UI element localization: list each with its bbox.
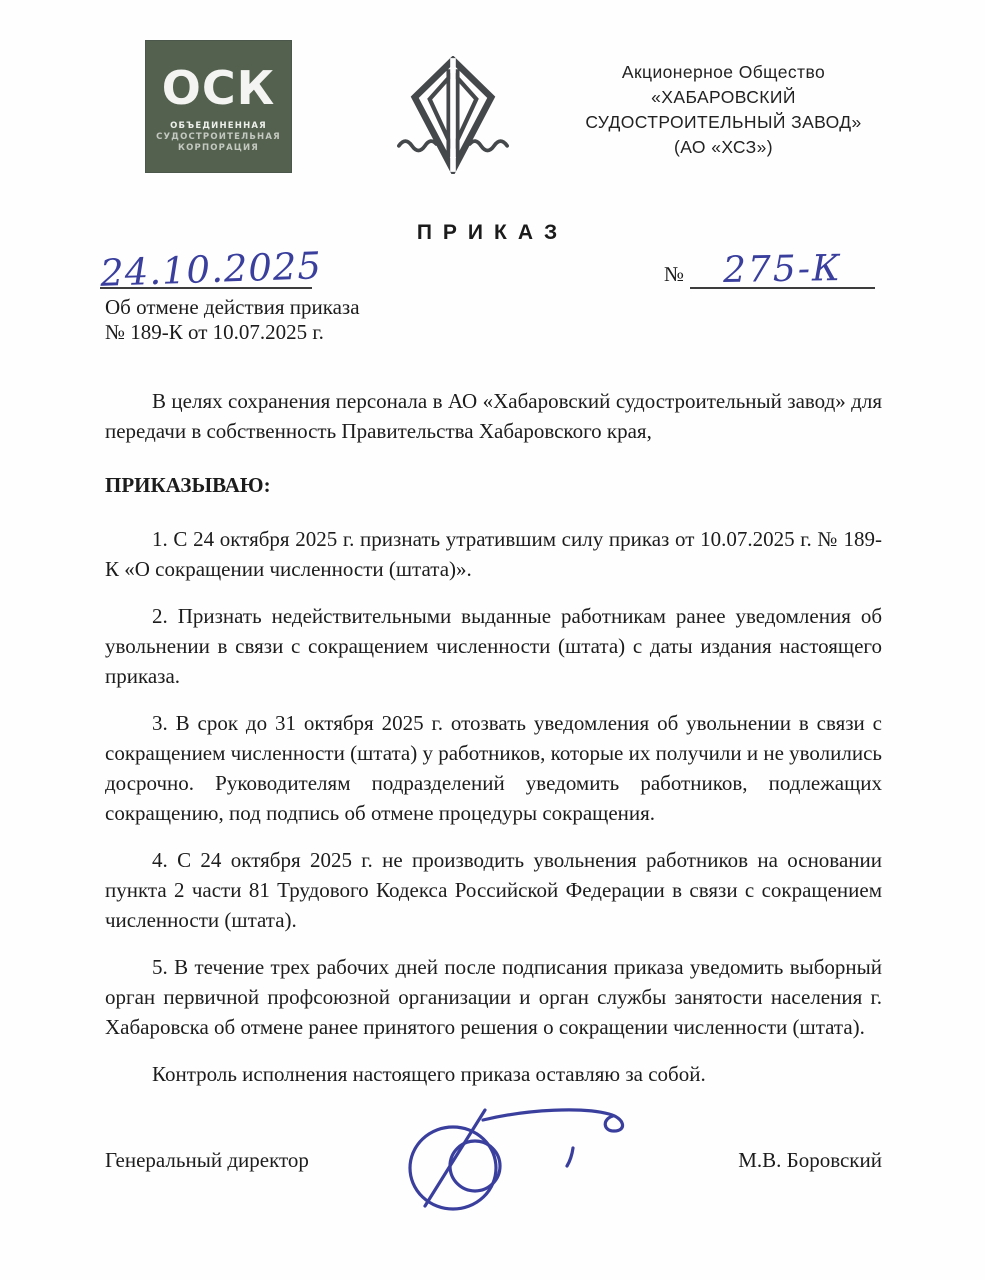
control-line: Контроль исполнения настоящего приказа о…	[105, 1059, 882, 1089]
osk-logo-text: ОСК	[162, 65, 275, 111]
osk-subtitle-line3: КОРПОРАЦИЯ	[156, 143, 281, 154]
subject-line1: Об отмене действия приказа	[105, 295, 880, 320]
order-item-1: 1. С 24 октября 2025 г. признать утратив…	[105, 524, 882, 584]
signatory-position: Генеральный директор	[105, 1148, 309, 1173]
signature-ink	[401, 1106, 646, 1214]
date-number-row: 24.10.2025 № 275-К	[100, 247, 875, 289]
order-subject: Об отмене действия приказа № 189-К от 10…	[105, 295, 880, 345]
directive-word: ПРИКАЗЫВАЮ:	[105, 470, 882, 500]
order-title: ПРИКАЗ	[0, 221, 985, 245]
company-line4: (АО «ХСЗ»)	[517, 135, 930, 160]
signature-block: Генеральный директор М.В. Боровский	[105, 1106, 882, 1214]
company-line2: «ХАБАРОВСКИЙ	[517, 85, 930, 110]
osk-logo-subtitle: ОБЪЕДИНЕННАЯ СУДОСТРОИТЕЛЬНАЯ КОРПОРАЦИЯ	[156, 121, 281, 154]
order-item-3: 3. В срок до 31 октября 2025 г. отозвать…	[105, 708, 882, 828]
osk-subtitle-line2: СУДОСТРОИТЕЛЬНАЯ	[156, 132, 281, 143]
company-name-block: Акционерное Общество «ХАБАРОВСКИЙ СУДОСТ…	[517, 60, 930, 160]
preamble: В целях сохранения персонала в АО «Хабар…	[105, 386, 882, 446]
osk-subtitle-line1: ОБЪЕДИНЕННАЯ	[156, 121, 281, 132]
order-number-line: 275-К	[690, 247, 875, 289]
company-line1: Акционерное Общество	[517, 60, 930, 85]
shipyard-emblem-icon	[397, 56, 509, 179]
order-date-field: 24.10.2025	[100, 247, 312, 289]
order-item-2: 2. Признать недействительными выданные р…	[105, 601, 882, 691]
document-page: ОСК ОБЪЕДИНЕННАЯ СУДОСТРОИТЕЛЬНАЯ КОРПОР…	[0, 0, 985, 1280]
subject-line2: № 189-К от 10.07.2025 г.	[105, 320, 880, 345]
order-item-4: 4. С 24 октября 2025 г. не производить у…	[105, 845, 882, 935]
handwritten-date: 24.10.2025	[99, 246, 322, 294]
number-sign: №	[664, 259, 684, 289]
order-number-field: № 275-К	[664, 247, 875, 289]
letterhead: ОСК ОБЪЕДИНЕННАЯ СУДОСТРОИТЕЛЬНАЯ КОРПОР…	[0, 0, 985, 179]
company-line3: СУДОСТРОИТЕЛЬНЫЙ ЗАВОД»	[517, 110, 930, 135]
handwritten-number: 275-К	[723, 249, 842, 291]
signatory-name: М.В. Боровский	[738, 1148, 882, 1173]
order-item-5: 5. В течение трех рабочих дней после под…	[105, 952, 882, 1042]
osk-logo: ОСК ОБЪЕДИНЕННАЯ СУДОСТРОИТЕЛЬНАЯ КОРПОР…	[145, 40, 292, 173]
